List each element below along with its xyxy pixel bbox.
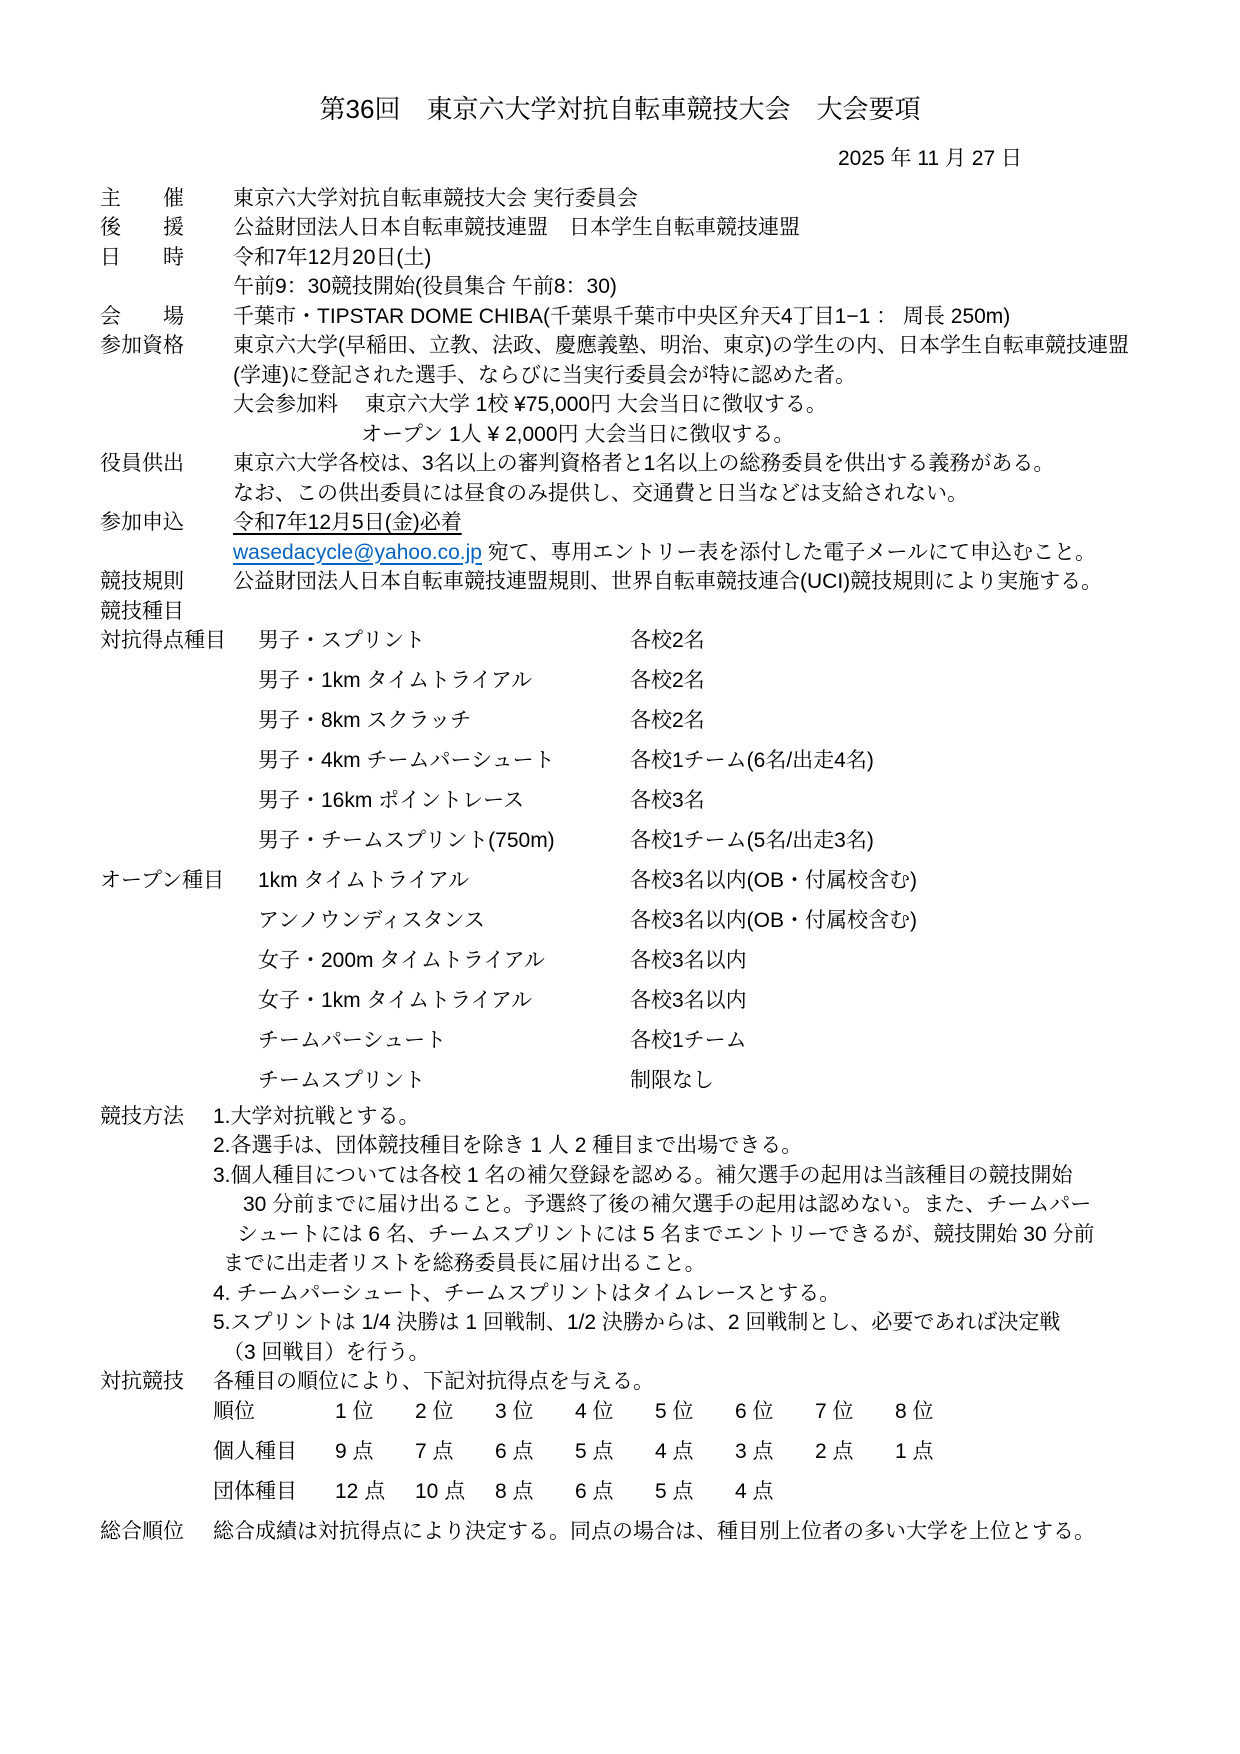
field-label: 総合順位: [100, 1517, 184, 1547]
email-note: 宛て、専用エントリー表を添付した電子メールにて申込むこと。: [482, 541, 1096, 564]
event-name: チームパーシュート: [258, 1026, 630, 1056]
method-item: 2.各選手は、団体競技種目を除き 1 人 2 種目まで出場できる。: [213, 1131, 1140, 1161]
event-name: チームスプリント: [258, 1066, 630, 1096]
score-cell: 3 位: [495, 1397, 575, 1427]
score-row-label: 順位: [213, 1397, 335, 1427]
score-cell: 5 点: [655, 1477, 735, 1507]
field-value: オープン 1人 ¥ 2,000円 大会当日に徴収する。: [361, 420, 1140, 450]
info-row-eligibility-cont: (学連)に登記された選手、ならびに当実行委員会が特に認めた者。: [100, 361, 1140, 391]
event-count: 各校3名以内(OB・付属校含む): [630, 866, 1140, 896]
info-row-venue: 会 場 千葉市・TIPSTAR DOME CHIBA(千葉県千葉市中央区弁天4丁…: [100, 302, 1140, 332]
info-row-officials-cont: なお、この供出委員には昼食のみ提供し、交通費と日当などは支給されない。: [100, 479, 1140, 509]
score-cell: 12 点: [335, 1477, 415, 1507]
event-count: 各校2名: [630, 626, 1140, 656]
score-cell: 7 点: [415, 1437, 495, 1467]
info-row-rules: 競技規則 公益財団法人日本自転車競技連盟規則、世界自転車競技連合(UCI)競技規…: [100, 567, 1140, 597]
event-row: チームパーシュート 各校1チーム: [100, 1026, 1140, 1056]
score-table-row-rank: 順位 1 位 2 位 3 位 4 位 5 位 6 位 7 位 8 位: [213, 1397, 1140, 1427]
score-cell: 8 位: [895, 1397, 975, 1427]
event-count: 各校3名: [630, 786, 1140, 816]
event-row: 男子・チームスプリント(750m) 各校1チーム(5名/出走3名): [100, 826, 1140, 856]
scoring-section: 対抗競技 各種目の順位により、下記対抗得点を与える。: [100, 1367, 1140, 1397]
method-lines: 1.大学対抗戦とする。 2.各選手は、団体競技種目を除き 1 人 2 種目まで出…: [213, 1102, 1140, 1368]
event-row: オープン種目 1km タイムトライアル 各校3名以内(OB・付属校含む): [100, 866, 1140, 896]
event-name: 男子・8km スクラッチ: [258, 706, 630, 736]
field-label: 競技方法: [100, 1102, 184, 1132]
info-row-events-heading: 競技種目: [100, 597, 1140, 627]
event-count: 各校3名以内: [630, 946, 1140, 976]
field-value: 令和7年12月20日(土): [233, 243, 1140, 273]
score-table-row-individual: 個人種目 9 点 7 点 6 点 5 点 4 点 3 点 2 点 1 点: [213, 1437, 1140, 1467]
field-value: 公益財団法人日本自転車競技連盟規則、世界自転車競技連合(UCI)競技規則により実…: [233, 567, 1140, 597]
page-title: 第36回 東京六大学対抗自転車競技大会 大会要項: [100, 92, 1140, 126]
field-label: 後 援: [100, 213, 184, 243]
field-value: 東京六大学対抗自転車競技大会 実行委員会: [233, 184, 1140, 214]
score-table-row-team: 団体種目 12 点 10 点 8 点 6 点 5 点 4 点: [213, 1477, 1140, 1507]
event-count: 各校3名以内(OB・付属校含む): [630, 906, 1140, 936]
info-row-application-email: wasedacycle@yahoo.co.jp 宛て、専用エントリー表を添付した…: [100, 538, 1140, 568]
overall-section: 総合順位 総合成績は対抗得点により決定する。同点の場合は、種目別上位者の多い大学…: [100, 1517, 1140, 1547]
score-cell: 1 位: [335, 1397, 415, 1427]
scoring-intro: 各種目の順位により、下記対抗得点を与える。: [213, 1367, 1140, 1397]
section-label-open: オープン種目: [100, 866, 258, 896]
info-row-datetime: 日 時 令和7年12月20日(土): [100, 243, 1140, 273]
field-value: 千葉市・TIPSTAR DOME CHIBA(千葉県千葉市中央区弁天4丁目1−1…: [233, 302, 1140, 332]
method-section: 競技方法 1.大学対抗戦とする。 2.各選手は、団体競技種目を除き 1 人 2 …: [100, 1102, 1140, 1368]
method-item-cont: シュートには 6 名、チームスプリントには 5 名までエントリーできるが、競技開…: [237, 1220, 1140, 1250]
score-cell: 6 位: [735, 1397, 815, 1427]
score-cell: 4 位: [575, 1397, 655, 1427]
field-value: 東京六大学各校は、3名以上の審判資格者と1名以上の総務委員を供出する義務がある。: [233, 449, 1140, 479]
score-cell: 7 位: [815, 1397, 895, 1427]
email-link[interactable]: wasedacycle@yahoo.co.jp: [233, 541, 482, 564]
score-cell: 8 点: [495, 1477, 575, 1507]
field-label: 参加資格: [100, 331, 184, 361]
method-item-cont: （3 回戦目）を行う。: [223, 1338, 1140, 1368]
event-row: アンノウンディスタンス 各校3名以内(OB・付属校含む): [100, 906, 1140, 936]
field-value: 公益財団法人日本自転車競技連盟 日本学生自転車競技連盟: [233, 213, 1140, 243]
field-label: 会 場: [100, 302, 184, 332]
info-row-eligibility: 参加資格 東京六大学(早稲田、立教、法政、慶應義塾、明治、東京)の学生の内、日本…: [100, 331, 1140, 361]
info-row-support: 後 援 公益財団法人日本自転車競技連盟 日本学生自転車競技連盟: [100, 213, 1140, 243]
field-value: 午前9：30競技開始(役員集合 午前8：30): [233, 272, 1140, 302]
info-row-application: 参加申込 令和7年12月5日(金)必着: [100, 508, 1140, 538]
method-item: 3.個人種目については各校 1 名の補欠登録を認める。補欠選手の起用は当該種目の…: [213, 1161, 1140, 1191]
document-date: 2025 年 11 月 27 日: [100, 144, 1140, 174]
event-count: 各校1チーム(6名/出走4名): [630, 746, 1140, 776]
field-label: 主 催: [100, 184, 184, 214]
event-name: 男子・チームスプリント(750m): [258, 826, 630, 856]
score-cell: 4 点: [735, 1477, 815, 1507]
score-cell: 1 点: [895, 1437, 975, 1467]
field-label: 日 時: [100, 243, 184, 273]
event-name: 男子・1km タイムトライアル: [258, 666, 630, 696]
field-value: なお、この供出委員には昼食のみ提供し、交通費と日当などは支給されない。: [233, 479, 1140, 509]
score-cell: 2 位: [415, 1397, 495, 1427]
event-name: アンノウンディスタンス: [258, 906, 630, 936]
field-label: 競技種目: [100, 597, 184, 627]
method-item-cont: までに出走者リストを総務委員長に届け出ること。: [223, 1249, 1140, 1279]
event-count: 各校2名: [630, 666, 1140, 696]
event-count: 各校3名以内: [630, 986, 1140, 1016]
field-value: 東京六大学(早稲田、立教、法政、慶應義塾、明治、東京)の学生の内、日本学生自転車…: [233, 331, 1140, 361]
event-row: 男子・8km スクラッチ 各校2名: [100, 706, 1140, 736]
event-count: 各校1チーム: [630, 1026, 1140, 1056]
event-name: 女子・200m タイムトライアル: [258, 946, 630, 976]
score-cell: 5 位: [655, 1397, 735, 1427]
field-value: 総合成績は対抗得点により決定する。同点の場合は、種目別上位者の多い大学を上位とす…: [213, 1517, 1140, 1547]
score-cell: 9 点: [335, 1437, 415, 1467]
event-name: 女子・1km タイムトライアル: [258, 986, 630, 1016]
field-label: 役員供出: [100, 449, 184, 479]
score-cell: 10 点: [415, 1477, 495, 1507]
score-cell: 4 点: [655, 1437, 735, 1467]
score-cell: 2 点: [815, 1437, 895, 1467]
info-row-datetime-cont: 午前9：30競技開始(役員集合 午前8：30): [100, 272, 1140, 302]
event-name: 男子・16km ポイントレース: [258, 786, 630, 816]
event-name: 1km タイムトライアル: [258, 866, 630, 896]
event-row: 女子・200m タイムトライアル 各校3名以内: [100, 946, 1140, 976]
score-cell: 5 点: [575, 1437, 655, 1467]
info-row-entry-fee-open: オープン 1人 ¥ 2,000円 大会当日に徴収する。: [100, 420, 1140, 450]
info-row-entry-fee: 大会参加料 東京六大学 1校 ¥75,000円 大会当日に徴収する。: [100, 390, 1140, 420]
event-row: チームスプリント 制限なし: [100, 1066, 1140, 1096]
info-row-organizer: 主 催 東京六大学対抗自転車競技大会 実行委員会: [100, 184, 1140, 214]
field-value: wasedacycle@yahoo.co.jp 宛て、専用エントリー表を添付した…: [233, 538, 1140, 568]
application-deadline: 令和7年12月5日(金)必着: [233, 508, 462, 538]
score-row-label: 個人種目: [213, 1437, 335, 1467]
event-name: 男子・4km チームパーシュート: [258, 746, 630, 776]
event-row: 男子・1km タイムトライアル 各校2名: [100, 666, 1140, 696]
method-item-cont: 30 分前までに届け出ること。予選終了後の補欠選手の起用は認めない。また、チーム…: [243, 1190, 1140, 1220]
score-row-label: 団体種目: [213, 1477, 335, 1507]
event-count: 各校1チーム(5名/出走3名): [630, 826, 1140, 856]
score-cell: 3 点: [735, 1437, 815, 1467]
event-row: 男子・16km ポイントレース 各校3名: [100, 786, 1140, 816]
event-count: 各校2名: [630, 706, 1140, 736]
field-label: 参加申込: [100, 508, 184, 538]
score-cell: 6 点: [495, 1437, 575, 1467]
info-row-officials: 役員供出 東京六大学各校は、3名以上の審判資格者と1名以上の総務委員を供出する義…: [100, 449, 1140, 479]
event-count: 制限なし: [630, 1066, 1140, 1096]
event-row: 男子・4km チームパーシュート 各校1チーム(6名/出走4名): [100, 746, 1140, 776]
field-value: 大会参加料 東京六大学 1校 ¥75,000円 大会当日に徴収する。: [233, 390, 1140, 420]
method-item: 4. チームパーシュート、チームスプリントはタイムレースとする。: [213, 1279, 1140, 1309]
field-value: (学連)に登記された選手、ならびに当実行委員会が特に認めた者。: [233, 361, 1140, 391]
event-row: 女子・1km タイムトライアル 各校3名以内: [100, 986, 1140, 1016]
event-row: 対抗得点種目 男子・スプリント 各校2名: [100, 626, 1140, 656]
method-item: 1.大学対抗戦とする。: [213, 1102, 1140, 1132]
score-cell: 6 点: [575, 1477, 655, 1507]
event-name: 男子・スプリント: [258, 626, 630, 656]
document-page: 第36回 東京六大学対抗自転車競技大会 大会要項 2025 年 11 月 27 …: [0, 0, 1240, 1754]
field-label: 競技規則: [100, 567, 184, 597]
section-label-scored: 対抗得点種目: [100, 626, 258, 656]
field-label: 対抗競技: [100, 1367, 184, 1397]
method-item: 5.スプリントは 1/4 決勝は 1 回戦制、1/2 決勝からは、2 回戦制とし…: [213, 1308, 1140, 1338]
